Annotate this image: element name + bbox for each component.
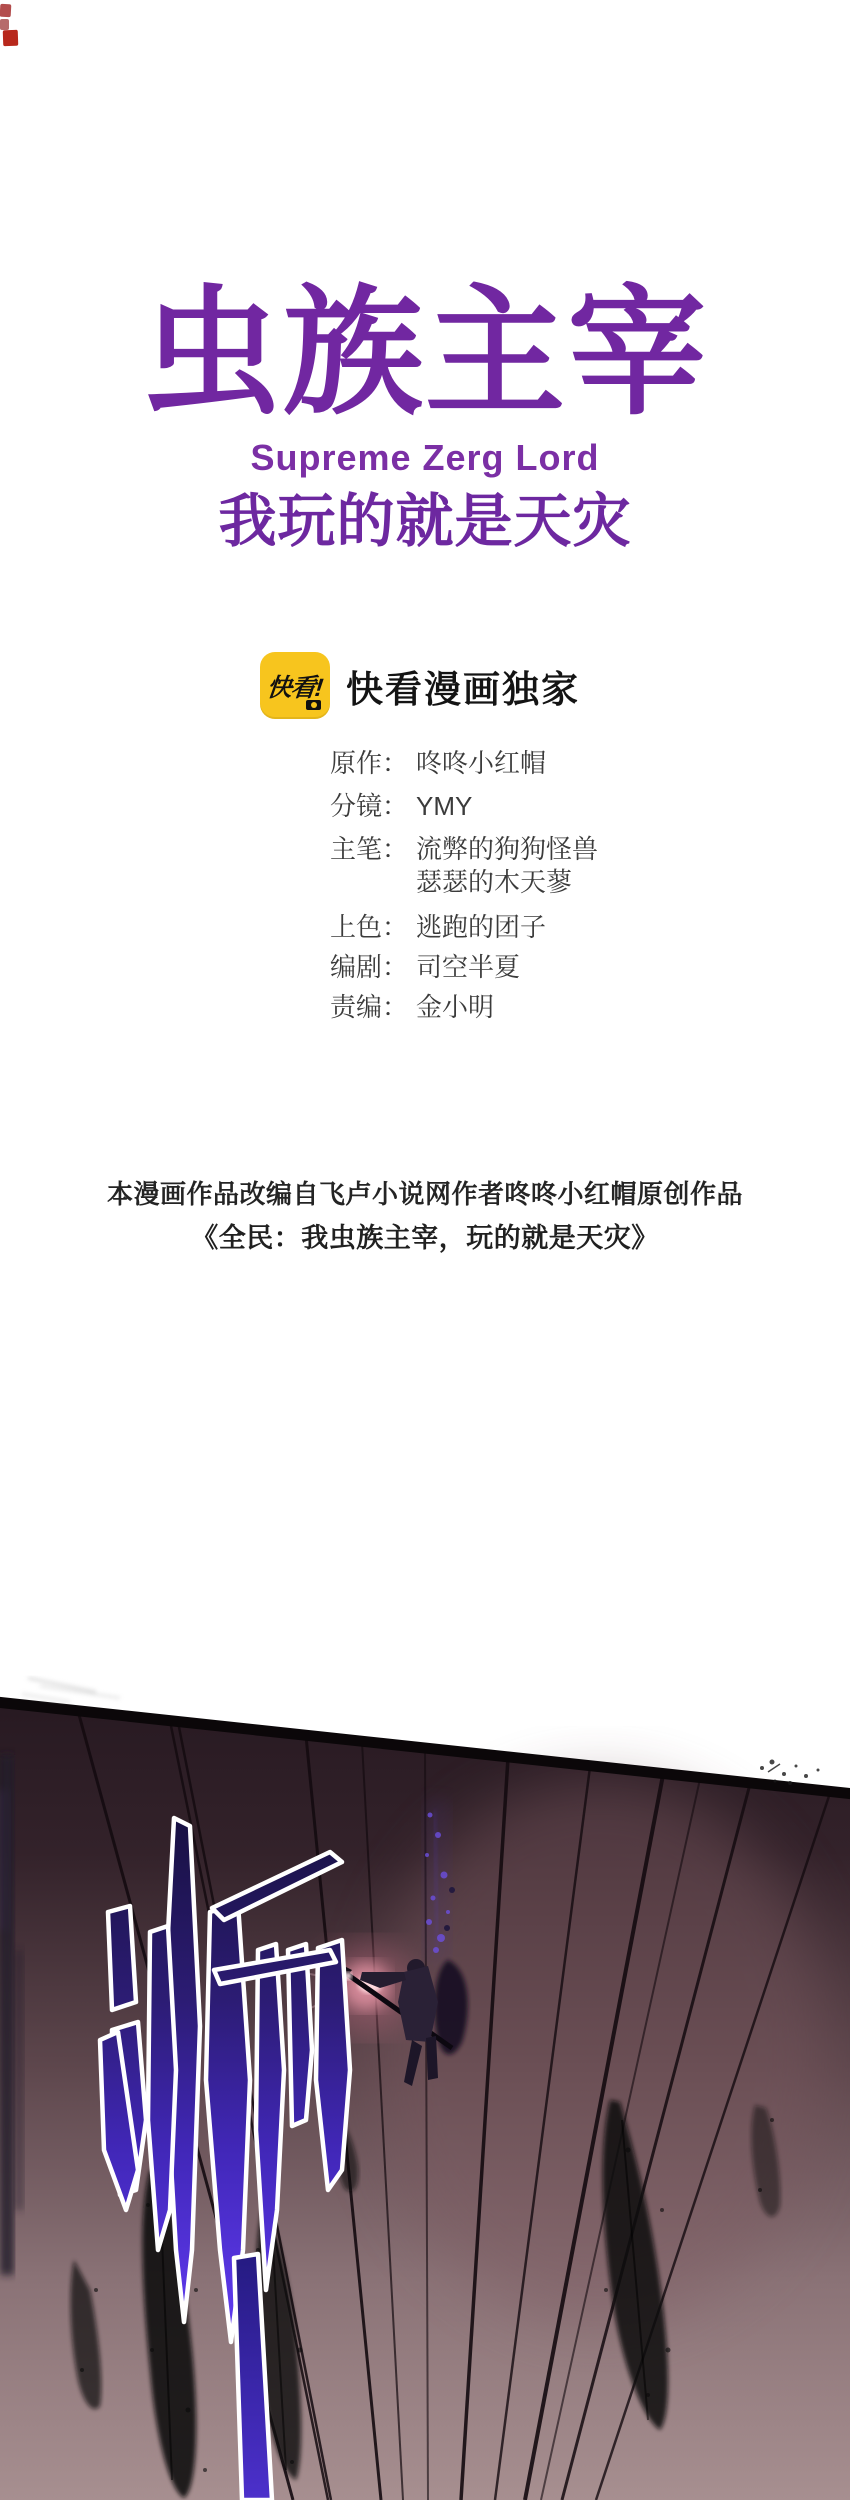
camera-icon	[306, 700, 321, 710]
credit-label: 原作：	[330, 748, 416, 778]
page-root: 虫族主宰 Supreme Zerg Lord 我玩的就是天灾 快看! 快看漫画独…	[0, 0, 850, 2500]
credit-value-line1: 流弊的狗狗怪兽	[416, 834, 598, 864]
credit-label: 主笔：	[330, 834, 416, 897]
credit-label: 上色：	[330, 912, 416, 942]
red-watermark-fragment	[0, 4, 11, 18]
subtitle-chinese: 我玩的就是天灾	[0, 474, 850, 558]
disclaimer-line1: 本漫画作品改编自飞卢小说网作者咚咚小红帽原创作品	[0, 1174, 850, 1211]
credit-value: 逃跑的团子	[416, 912, 546, 942]
comic-panel	[0, 1650, 850, 2500]
credit-row: 原作： 咚咚小红帽	[330, 748, 598, 778]
publisher-label: 快看漫画独家	[346, 659, 580, 713]
red-watermark-fragment	[0, 19, 9, 30]
credit-row: 主笔： 流弊的狗狗怪兽 瑟瑟的木天蓼	[330, 834, 598, 897]
credit-label: 分镜：	[330, 791, 416, 821]
credit-value: 咚咚小红帽	[416, 748, 546, 778]
red-watermark-fragment	[3, 30, 19, 47]
credit-label: 责编：	[330, 992, 416, 1022]
publisher-row: 快看! 快看漫画独家	[260, 652, 580, 719]
kuaikan-badge-text: 快看!	[265, 668, 324, 704]
credit-value: YMY	[416, 791, 472, 821]
credit-row: 编剧： 司空半夏	[330, 952, 598, 982]
main-title: 虫族主宰	[0, 282, 850, 425]
credit-row: 分镜： YMY	[330, 791, 598, 821]
disclaimer-line2: 《全民：我虫族主宰，玩的就是天灾》	[0, 1216, 850, 1255]
credit-value: 金小明	[416, 992, 494, 1022]
subtitle-english: Supreme Zerg Lord	[0, 437, 850, 479]
credits-block: 原作： 咚咚小红帽 分镜： YMY 主笔： 流弊的狗狗怪兽 瑟瑟的木天蓼 上色：…	[330, 748, 598, 1035]
credit-value-line2: 瑟瑟的木天蓼	[416, 867, 598, 897]
credit-row: 上色： 逃跑的团子	[330, 912, 598, 942]
credit-label: 编剧：	[330, 952, 416, 982]
gray-streaks	[22, 1678, 120, 1702]
kuaikan-logo-badge: 快看!	[260, 652, 330, 719]
credit-row: 责编： 金小明	[330, 992, 598, 1022]
credit-value: 司空半夏	[416, 952, 520, 982]
credit-value: 流弊的狗狗怪兽 瑟瑟的木天蓼	[416, 834, 598, 897]
